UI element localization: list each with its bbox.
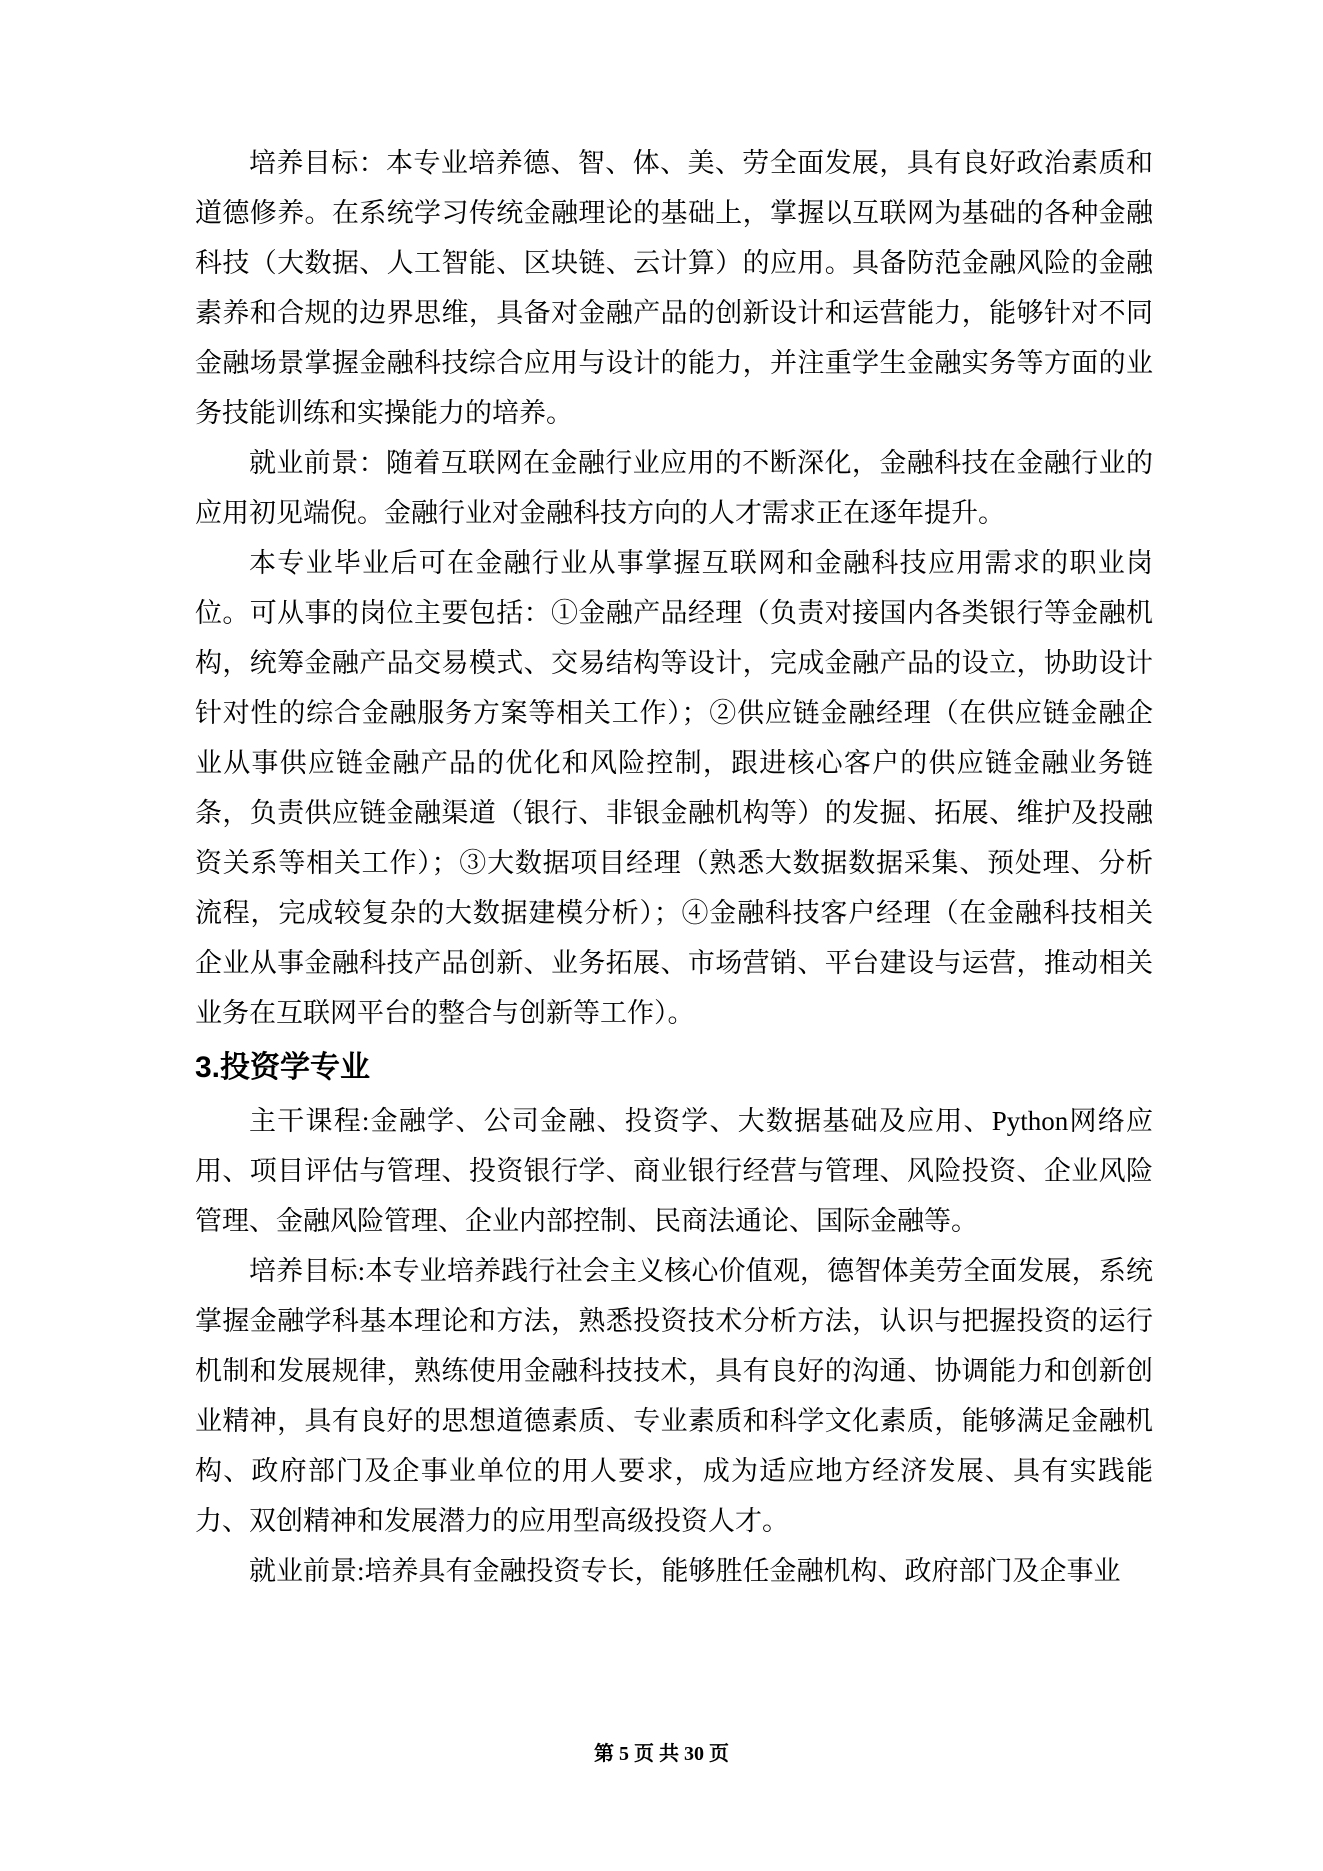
paragraph-fintech-career-prospects: 就业前景：随着互联网在金融行业应用的不断深化，金融科技在金融行业的应用初见端倪。… [195,438,1153,538]
document-content: 培养目标：本专业培养德、智、体、美、劳全面发展，具有良好政治素质和道德修养。在系… [195,138,1153,1596]
document-page: 培养目标：本专业培养德、智、体、美、劳全面发展，具有良好政治素质和道德修养。在系… [0,0,1323,1871]
page-footer: 第 5 页 共 30 页 [0,1741,1323,1767]
heading-investment-major: 3.投资学专业 [195,1044,1153,1092]
paragraph-investment-training-objectives: 培养目标:本专业培养践行社会主义核心价值观，德智体美劳全面发展，系统掌握金融学科… [195,1246,1153,1546]
paragraph-fintech-job-positions: 本专业毕业后可在金融行业从事掌握互联网和金融科技应用需求的职业岗位。可从事的岗位… [195,538,1153,1038]
paragraph-investment-career-prospects: 就业前景:培养具有金融投资专长，能够胜任金融机构、政府部门及企事业 [195,1546,1153,1596]
paragraph-investment-core-courses: 主干课程:金融学、公司金融、投资学、大数据基础及应用、Python网络应用、项目… [195,1096,1153,1246]
paragraph-fintech-training-objectives: 培养目标：本专业培养德、智、体、美、劳全面发展，具有良好政治素质和道德修养。在系… [195,138,1153,438]
